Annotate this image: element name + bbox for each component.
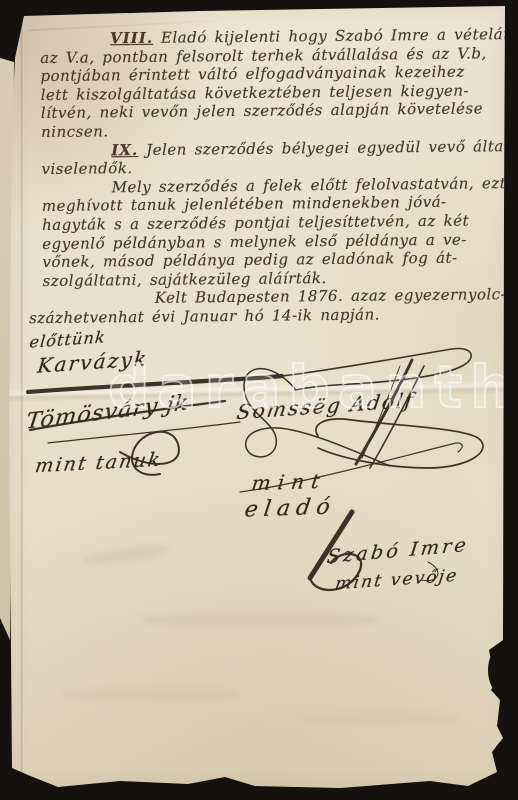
- annotation-mint-vevoje: mint vevője: [334, 566, 460, 594]
- annotation-mint: mint: [250, 469, 328, 496]
- text-line: százhetvenhat évi Januar hó 14-ik napján…: [29, 304, 513, 328]
- handwritten-body-text: VIII.Eladó kijelenti hogy Szabó Imre a v…: [40, 25, 513, 327]
- text-line: Kelt Budapesten 1876. azaz egyezernyolc-: [155, 285, 513, 307]
- paper-sheet: VIII.Eladó kijelenti hogy Szabó Imre a v…: [0, 0, 518, 800]
- annotation-mint-tanuk: mint tanuk: [34, 449, 164, 478]
- ink-bleed-smudge: [300, 712, 460, 724]
- torn-edge-notch: [488, 648, 514, 694]
- torn-edge-notch: [494, 742, 514, 766]
- auction-house-watermark: darabanth: [108, 358, 518, 416]
- buyer-signature: Szabó Imre: [326, 534, 471, 568]
- annotation-elottunk: előttünk: [29, 327, 107, 351]
- section-numeral: VIII.: [110, 29, 153, 47]
- section-numeral: IX.: [111, 141, 138, 159]
- ink-bleed-smudge: [60, 688, 240, 700]
- ink-bleed-smudge: [140, 612, 380, 628]
- scanned-document-photo: VIII.Eladó kijelenti hogy Szabó Imre a v…: [0, 0, 518, 800]
- ink-bleed-smudge: [79, 542, 170, 568]
- annotation-elado: eladó: [243, 494, 338, 522]
